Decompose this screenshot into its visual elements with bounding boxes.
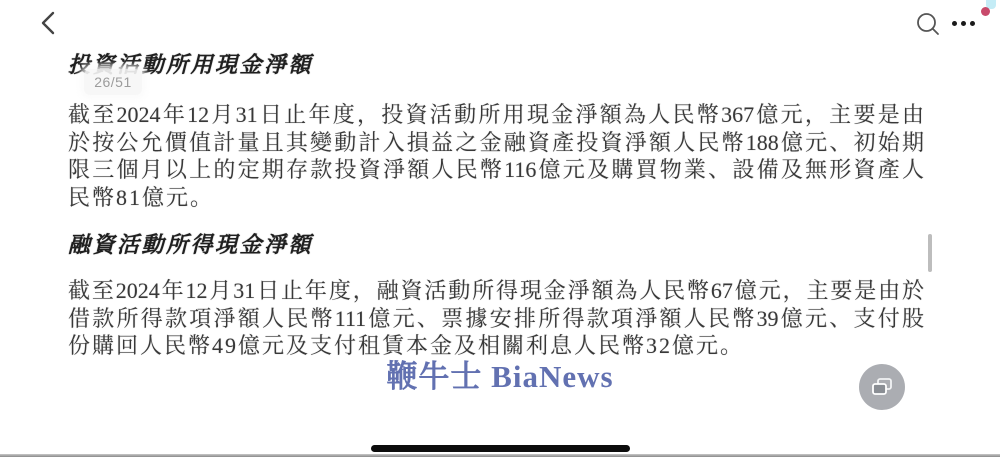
toolbar: [0, 0, 1000, 46]
floating-window-button[interactable]: [859, 364, 905, 410]
doc-text-line: 截至2024年12月31日止年度，投資活動所用現金淨額為人民幣367億元，主要是…: [68, 101, 924, 129]
section-heading-financing: 融資活動所得現金淨額: [68, 228, 313, 259]
page-indicator-badge: 26/51: [84, 69, 142, 95]
more-dot-icon: [952, 21, 957, 26]
notification-badge-dot: [981, 7, 990, 16]
doc-text-line: 借款所得款項淨額人民幣111億元、票據安排所得款項淨額人民幣39億元、支付股: [68, 305, 924, 333]
more-dot-icon: [961, 21, 966, 26]
doc-text-line: 民幣81億元。: [68, 184, 924, 212]
more-menu-button[interactable]: [952, 14, 986, 32]
search-icon: [914, 10, 942, 38]
doc-text-line: 限三個月以上的定期存款投資淨額人民幣116億元及購買物業、設備及無形資產人: [68, 156, 924, 184]
search-button[interactable]: [914, 10, 942, 38]
floating-window-icon: [870, 375, 894, 399]
paragraph-financing: 截至2024年12月31日止年度，融資活動所得現金淨額為人民幣67億元，主要是由…: [68, 277, 924, 360]
scrollbar-thumb[interactable]: [928, 234, 932, 272]
home-indicator[interactable]: [371, 445, 630, 452]
chevron-left-icon: [36, 10, 62, 36]
more-dot-icon: [970, 21, 975, 26]
watermark-text: 鞭牛士 BiaNews: [0, 351, 1000, 396]
paragraph-investing: 截至2024年12月31日止年度，投資活動所用現金淨額為人民幣367億元，主要是…: [68, 101, 924, 211]
doc-text-line: 截至2024年12月31日止年度，融資活動所得現金淨額為人民幣67億元，主要是由…: [68, 277, 924, 305]
screen-bottom-edge: [0, 454, 1000, 457]
doc-text-line: 於按公允價值計量且其變動計入損益之金融資產投資淨額人民幣188億元、初始期: [68, 129, 924, 157]
back-button[interactable]: [36, 10, 62, 36]
